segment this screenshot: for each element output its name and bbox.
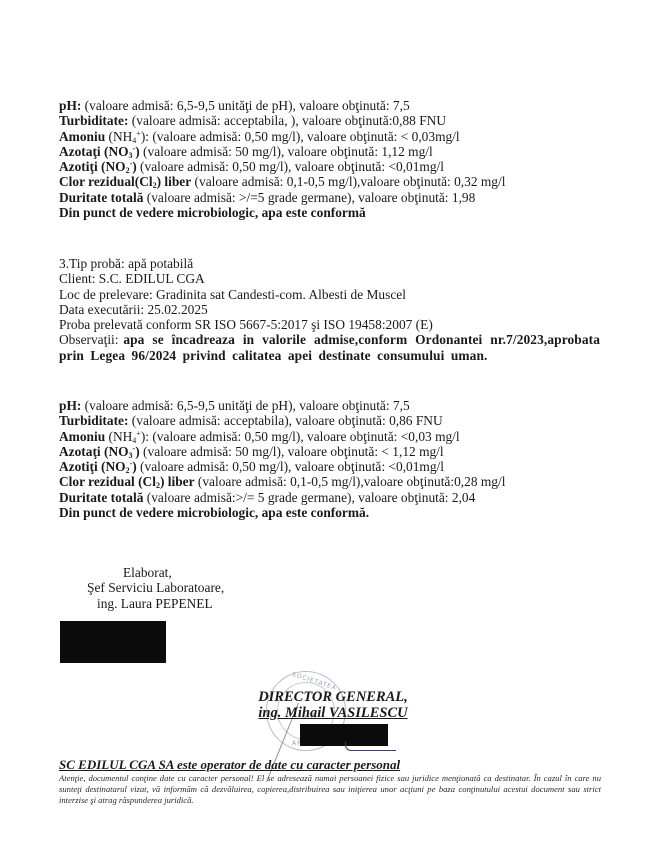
result-label: Duritate totală (59, 190, 143, 205)
result-ph: pH: (valoare admisă: 6,5-9,5 unităţi de … (59, 398, 599, 413)
signature-flourish (345, 742, 396, 751)
sample-info-block: 3.Tip probă: apă potabilă Client: S.C. E… (59, 256, 599, 363)
result-nitrates: Azotaţi (NO3-) (valoare admisă: 50 mg/l)… (59, 144, 599, 159)
result-value: (valoare admisă: 6,5-9,5 unităţi de pH),… (81, 98, 409, 113)
results-block-1: pH: (valoare admisă: 6,5-9,5 unităţi de … (59, 98, 599, 220)
result-label: Amoniu (59, 129, 105, 144)
observations-text: apa se încadreaza in valorile admise,con… (59, 332, 600, 362)
result-label: Amoniu (59, 429, 105, 444)
result-value: (valoare admisă:>/= 5 grade germane), va… (143, 490, 475, 505)
result-value: (valoare admisă: 0,50 mg/l), valoare obţ… (137, 459, 444, 474)
result-nitrites: Azotiţi (NO2-) (valoare admisă: 0,50 mg/… (59, 159, 599, 174)
document-page: pH: (valoare admisă: 6,5-9,5 unităţi de … (0, 0, 656, 850)
result-value: (valoare admisă: acceptabila), valoare o… (128, 413, 442, 428)
result-label: Azotaţi (NO (59, 144, 129, 159)
observations-label: Observaţii: (59, 332, 123, 347)
sample-observations: Observaţii: apa se încadreaza in valoril… (59, 332, 600, 363)
result-value: (valoare admisă: 0,1-0,5 mg/l),valoare o… (195, 474, 506, 489)
result-value: ): (valoare admisă: 0,50 mg/l), valoare … (141, 429, 460, 444)
result-label-end: ) liber (160, 474, 195, 489)
result-turbidity: Turbiditate: (valoare admisă: acceptabil… (59, 413, 599, 428)
result-label: Azotiţi (NO (59, 159, 126, 174)
sample-type: 3.Tip probă: apă potabilă (59, 256, 599, 271)
result-nitrates: Azotaţi (NO3-) (valoare admisă: 50 mg/l)… (59, 444, 599, 459)
result-label: Azotiţi (NO (59, 459, 126, 474)
director-name: ing. Mihail VASILESCU (248, 705, 418, 721)
lab-signoff: Elaborat, Şef Serviciu Laboratoare, ing.… (87, 565, 287, 611)
result-value: (valoare admisă: 0,50 mg/l), valoare obţ… (137, 159, 444, 174)
formula: (NH (105, 429, 132, 444)
redacted-signature (60, 621, 166, 663)
result-nitrites: Azotiţi (NO2-) (valoare admisă: 0,50 mg/… (59, 459, 599, 474)
sample-client: Client: S.C. EDILUL CGA (59, 271, 599, 286)
signoff-name: ing. Laura PEPENEL (87, 596, 287, 611)
privacy-disclaimer: Atenţie, documentul conţine date cu cara… (59, 773, 601, 806)
signoff-elaborat: Elaborat, (87, 565, 287, 580)
signoff-role: Şef Serviciu Laboratoare, (87, 580, 287, 595)
results-block-2: pH: (valoare admisă: 6,5-9,5 unităţi de … (59, 398, 599, 520)
result-label: pH: (59, 98, 81, 113)
formula: (NH (105, 129, 132, 144)
result-microbiology: Din punct de vedere microbiologic, apa e… (59, 505, 599, 520)
result-value: (valoare admisă: >/=5 grade germane), va… (143, 190, 475, 205)
result-value: ): (valoare admisă: 0,50 mg/l), valoare … (141, 129, 460, 144)
result-ph: pH: (valoare admisă: 6,5-9,5 unităţi de … (59, 98, 599, 113)
result-value: (valoare admisă: acceptabila, ), valoare… (128, 113, 446, 128)
result-label: Azotaţi (NO (59, 444, 129, 459)
sample-date: Data executării: 25.02.2025 (59, 302, 599, 317)
sample-standard: Proba prelevată conform SR ISO 5667-5:20… (59, 317, 599, 332)
result-ammonium: Amoniu (NH4+): (valoare admisă: 0,50 mg/… (59, 129, 599, 144)
result-label: Duritate totală (59, 490, 143, 505)
director-signoff: DIRECTOR GENERAL, ing. Mihail VASILESCU (248, 689, 418, 721)
result-hardness: Duritate totală (valoare admisă: >/=5 gr… (59, 190, 599, 205)
result-label: Turbiditate: (59, 413, 128, 428)
result-value: (valoare admisă: 6,5-9,5 unităţi de pH),… (81, 398, 409, 413)
data-operator-notice: SC EDILUL CGA SA este operator de date c… (59, 757, 400, 773)
result-value: (valoare admisă: 0,1-0,5 mg/l),valoare o… (191, 174, 505, 189)
result-hardness: Duritate totală (valoare admisă:>/= 5 gr… (59, 490, 599, 505)
director-title: DIRECTOR GENERAL, (248, 689, 418, 705)
result-value: (valoare admisă: 50 mg/l), valoare obţin… (140, 144, 433, 159)
result-ammonium: Amoniu (NH4+): (valoare admisă: 0,50 mg/… (59, 429, 599, 444)
result-label: Clor rezidual (Cl (59, 474, 156, 489)
result-microbiology: Din punct de vedere microbiologic, apa e… (59, 205, 599, 220)
result-chlorine: Clor rezidual(Cl2) liber (valoare admisă… (59, 174, 599, 189)
result-label: Turbiditate: (59, 113, 128, 128)
result-label: Clor rezidual(Cl (59, 174, 153, 189)
result-label: pH: (59, 398, 81, 413)
result-value: (valoare admisă: 50 mg/l), valoare obţin… (140, 444, 444, 459)
result-chlorine: Clor rezidual (Cl2) liber (valoare admis… (59, 474, 599, 489)
sample-location: Loc de prelevare: Gradinita sat Candesti… (59, 287, 599, 302)
result-label-end: ) liber (157, 174, 192, 189)
result-turbidity: Turbiditate: (valoare admisă: acceptabil… (59, 113, 599, 128)
